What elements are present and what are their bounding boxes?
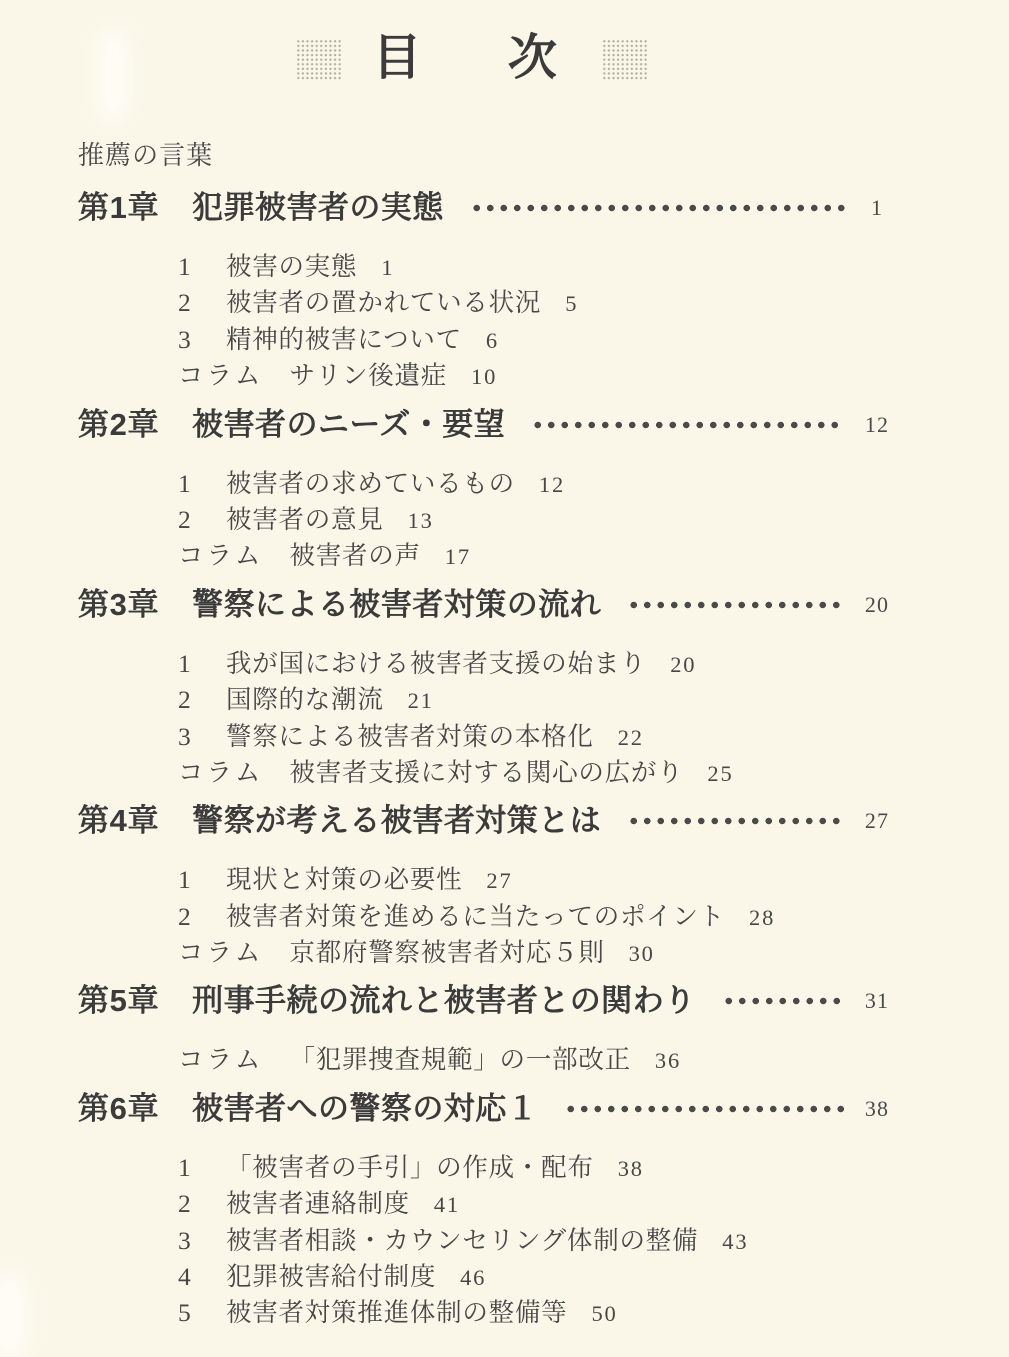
chapter-title: 警察が考える被害者対策とは — [192, 801, 601, 841]
toc-item-row: 2 国際的な潮流 21 — [178, 682, 909, 718]
item-page-number: 28 — [749, 900, 775, 936]
item-title: 被害者の置かれている状況 — [226, 285, 541, 321]
item-title: 被害者連絡制度 — [226, 1186, 410, 1222]
item-title: 被害者対策を進めるに当たってのポイント — [226, 899, 725, 935]
item-title: 「犯罪捜査規範」の一部改正 — [289, 1042, 630, 1078]
toc-item-row: 2 被害者の置かれている状況 5 — [178, 285, 909, 321]
item-title: 警察による被害者対策の本格化 — [226, 719, 594, 755]
dot-leader — [722, 996, 845, 1006]
chapter-label: 第5章 — [78, 981, 159, 1021]
item-number: コラム — [178, 538, 263, 574]
item-number: 2 — [178, 1186, 200, 1222]
page-title: 目 次 — [368, 34, 576, 83]
chapter-label: 第3章 — [78, 585, 159, 625]
toc-item-row: 1 「被害者の手引」の作成・配布 38 — [178, 1150, 909, 1186]
halftone-ornament-right-icon — [601, 38, 648, 80]
item-title: 被害者の意見 — [226, 502, 384, 538]
chapter-label: 第2章 — [78, 405, 159, 445]
chapter-page-number: 38 — [845, 1089, 909, 1129]
chapter-items: 1 現状と対策の必要性 27 2 被害者対策を進めるに当たってのポイント 28 … — [178, 862, 909, 971]
item-page-number: 17 — [445, 539, 471, 575]
toc-item-row: 4 犯罪被害給付制度 46 — [178, 1259, 909, 1295]
item-title: 精神的被害について — [226, 322, 462, 358]
item-page-number: 43 — [722, 1224, 748, 1260]
toc-item-row: 3 被害者相談・カウンセリング体制の整備 43 — [178, 1223, 909, 1259]
item-page-number: 46 — [460, 1260, 486, 1296]
dot-leader — [531, 420, 845, 430]
item-number: コラム — [178, 1042, 263, 1078]
toc-item-row: コラム 被害者支援に対する関心の広がり 25 — [178, 755, 909, 791]
chapter-title: 刑事手続の流れと被害者との関わり — [192, 981, 695, 1021]
item-number: 2 — [178, 502, 200, 538]
item-title: 被害者の声 — [289, 538, 420, 574]
chapter-items: 1 被害の実態 1 2 被害者の置かれている状況 5 3 精神的被害について 6… — [178, 249, 909, 395]
chapter-items: 1 我が国における被害者支援の始まり 20 2 国際的な潮流 21 3 警察によ… — [178, 646, 909, 792]
dot-leader — [470, 203, 845, 213]
dot-leader — [564, 1104, 845, 1114]
chapter-heading-row: 第2章 被害者のニーズ・要望 12 — [78, 405, 909, 445]
toc-item-row: コラム サリン後遺症 10 — [178, 358, 909, 394]
item-page-number: 25 — [707, 756, 733, 792]
chapter-heading-row: 第3章 警察による被害者対策の流れ 20 — [78, 585, 909, 625]
item-title: 「被害者の手引」の作成・配布 — [226, 1150, 594, 1186]
dot-leader — [627, 816, 845, 826]
item-page-number: 13 — [408, 503, 434, 539]
toc-item-row: 2 被害者連絡制度 41 — [178, 1186, 909, 1222]
chapter-title: 被害者のニーズ・要望 — [192, 405, 505, 445]
toc-chapter: 第3章 警察による被害者対策の流れ 20 1 我が国における被害者支援の始まり … — [78, 585, 909, 792]
item-title: 現状と対策の必要性 — [226, 862, 462, 898]
item-number: 2 — [178, 682, 200, 718]
chapter-heading-row: 第1章 犯罪被害者の実態 1 — [78, 188, 909, 228]
chapter-title: 犯罪被害者の実態 — [192, 188, 444, 228]
toc-item-row: 1 現状と対策の必要性 27 — [178, 862, 909, 898]
chapter-page-number: 27 — [845, 801, 909, 841]
chapter-items: 1 「被害者の手引」の作成・配布 38 2 被害者連絡制度 41 3 被害者相談… — [178, 1150, 909, 1332]
toc-item-row: 5 被害者対策推進体制の整備等 50 — [178, 1295, 909, 1331]
chapter-label: 第4章 — [78, 801, 159, 841]
item-title: 被害の実態 — [226, 249, 357, 285]
item-title: サリン後遺症 — [289, 358, 447, 394]
item-title: 京都府警察被害者対応５則 — [289, 935, 604, 971]
item-title: 国際的な潮流 — [226, 682, 384, 718]
chapter-label: 第1章 — [78, 188, 159, 228]
preface-label: 推薦の言葉 — [78, 141, 909, 171]
item-number: 3 — [178, 719, 200, 755]
toc-chapter: 第4章 警察が考える被害者対策とは 27 1 現状と対策の必要性 27 2 被害… — [78, 801, 909, 971]
item-number: コラム — [178, 935, 263, 971]
chapter-heading-row: 第4章 警察が考える被害者対策とは 27 — [78, 801, 909, 841]
item-title: 被害者支援に対する関心の広がり — [289, 755, 683, 791]
item-number: 1 — [178, 1150, 200, 1186]
item-page-number: 27 — [486, 863, 512, 899]
item-page-number: 21 — [408, 683, 434, 719]
item-page-number: 20 — [670, 647, 696, 683]
item-number: 1 — [178, 646, 200, 682]
toc-chapter: 第1章 犯罪被害者の実態 1 1 被害の実態 1 2 被害者の置かれている状況 … — [78, 188, 909, 395]
item-page-number: 38 — [618, 1151, 644, 1187]
item-page-number: 5 — [565, 286, 578, 322]
item-page-number: 41 — [434, 1187, 460, 1223]
chapter-page-number: 31 — [845, 981, 909, 1021]
item-number: コラム — [178, 755, 263, 791]
item-page-number: 30 — [629, 936, 655, 972]
chapter-title: 被害者への警察の対応１ — [192, 1089, 538, 1129]
item-title: 我が国における被害者支援の始まり — [226, 646, 646, 682]
toc-chapter: 第5章 刑事手続の流れと被害者との関わり 31 コラム 「犯罪捜査規範」の一部改… — [78, 981, 909, 1078]
chapter-page-number: 1 — [845, 188, 909, 228]
item-number: コラム — [178, 358, 263, 394]
toc-item-row: 2 被害者の意見 13 — [178, 502, 909, 538]
dot-leader — [627, 600, 845, 610]
toc-chapter: 第6章 被害者への警察の対応１ 38 1 「被害者の手引」の作成・配布 38 2… — [78, 1089, 909, 1332]
toc-page: 目 次 推薦の言葉 第1章 犯罪被害者の実態 1 1 被害の実態 1 2 被害者… — [0, 0, 1009, 1357]
item-page-number: 6 — [486, 323, 499, 359]
item-page-number: 1 — [381, 250, 394, 286]
item-number: 1 — [178, 249, 200, 285]
item-title: 被害者相談・カウンセリング体制の整備 — [226, 1223, 698, 1259]
item-number: 4 — [178, 1259, 200, 1295]
item-number: 2 — [178, 899, 200, 935]
item-page-number: 22 — [618, 720, 644, 756]
chapter-heading-row: 第6章 被害者への警察の対応１ 38 — [78, 1089, 909, 1129]
chapter-label: 第6章 — [78, 1089, 159, 1129]
item-title: 被害者の求めているもの — [226, 466, 515, 502]
item-title: 犯罪被害給付制度 — [226, 1259, 436, 1295]
toc: 第1章 犯罪被害者の実態 1 1 被害の実態 1 2 被害者の置かれている状況 … — [78, 188, 909, 1332]
page-title-row: 目 次 — [56, 34, 887, 83]
item-number: 5 — [178, 1295, 200, 1331]
item-number: 2 — [178, 285, 200, 321]
item-number: 1 — [178, 466, 200, 502]
toc-item-row: 1 被害の実態 1 — [178, 249, 909, 285]
toc-item-row: 3 精神的被害について 6 — [178, 322, 909, 358]
chapter-title: 警察による被害者対策の流れ — [192, 585, 601, 625]
item-page-number: 10 — [471, 359, 497, 395]
chapter-heading-row: 第5章 刑事手続の流れと被害者との関わり 31 — [78, 981, 909, 1021]
toc-item-row: コラム 「犯罪捜査規範」の一部改正 36 — [178, 1042, 909, 1078]
item-page-number: 50 — [591, 1296, 617, 1332]
toc-item-row: 2 被害者対策を進めるに当たってのポイント 28 — [178, 899, 909, 935]
toc-item-row: コラム 被害者の声 17 — [178, 538, 909, 574]
chapter-page-number: 20 — [845, 585, 909, 625]
item-number: 3 — [178, 1223, 200, 1259]
toc-chapter: 第2章 被害者のニーズ・要望 12 1 被害者の求めているもの 12 2 被害者… — [78, 405, 909, 575]
item-number: 1 — [178, 862, 200, 898]
item-title: 被害者対策推進体制の整備等 — [226, 1295, 567, 1331]
chapter-items: コラム 「犯罪捜査規範」の一部改正 36 — [178, 1042, 909, 1078]
toc-item-row: 1 我が国における被害者支援の始まり 20 — [178, 646, 909, 682]
toc-item-row: 1 被害者の求めているもの 12 — [178, 466, 909, 502]
toc-item-row: 3 警察による被害者対策の本格化 22 — [178, 719, 909, 755]
item-page-number: 12 — [539, 467, 565, 503]
halftone-ornament-left-icon — [295, 38, 342, 80]
item-page-number: 36 — [655, 1043, 681, 1079]
chapter-page-number: 12 — [845, 405, 909, 445]
toc-item-row: コラム 京都府警察被害者対応５則 30 — [178, 935, 909, 971]
chapter-items: 1 被害者の求めているもの 12 2 被害者の意見 13 コラム 被害者の声 1… — [178, 466, 909, 575]
item-number: 3 — [178, 322, 200, 358]
